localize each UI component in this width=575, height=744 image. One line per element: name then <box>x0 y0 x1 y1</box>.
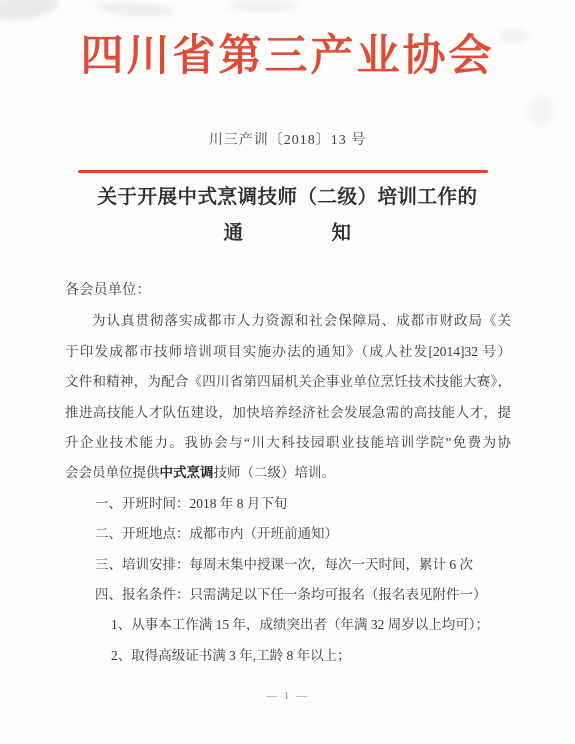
notice-title-line1: 关于开展中式烹调技师（二级）培训工作的 <box>0 181 575 209</box>
doc-number: 川三产训〔2018〕13 号 <box>0 129 575 149</box>
scan-smudge <box>96 0 175 19</box>
sub-list-item-2: 2、取得高级证书满 3 年,工龄 8 年以上； <box>65 641 511 671</box>
bold-course-name: 中式烹调 <box>160 465 214 480</box>
title-char-tong: 通 <box>223 217 243 245</box>
page-number: — 1 — <box>0 690 575 702</box>
list-item-start-time: 一、开班时间：2018 年 8 月下旬 <box>65 489 511 519</box>
paragraph-line: 升企业技术能力。我协会与“川大科技园职业技能培训学院”免费为协 <box>65 428 511 458</box>
paragraph-last-line: 会会员单位提供中式烹调技师（二级）培训。 <box>65 458 511 488</box>
sub-list-item-1: 1、从事本工作满 15 年，成绩突出者（年满 32 周岁以上均可）； <box>65 610 511 640</box>
title-char-zhi: 知 <box>332 217 352 245</box>
scan-smudge <box>528 96 554 126</box>
list-item-schedule: 三、培训安排：每周末集中授课一次，每次一天时间，累计 6 次 <box>65 550 511 580</box>
notice-title: 关于开展中式烹调技师（二级）培训工作的 通 知 <box>0 181 575 245</box>
scan-smudge <box>228 0 298 12</box>
paragraph-line: 文件和精神，为配合《四川省第四届机关企事业单位烹饪技术技能大赛》， <box>65 367 511 397</box>
paragraph-line: 为认真贯彻落实成都市人力资源和社会保障局、成都市财政局《关 <box>65 306 511 336</box>
list-item-requirements: 四、报名条件：只需满足以下任一条均可报名（报名表见附件一） <box>65 580 511 610</box>
notice-title-line2: 通 知 <box>0 217 575 245</box>
notice-body: 各会员单位： 为认真贯彻落实成都市人力资源和社会保障局、成都市财政局《关 于印发… <box>65 276 511 671</box>
paragraph-line: 于印发成都市技师培训项目实施办法的通知》（成人社发[2014]32 号） <box>65 337 511 367</box>
paragraph-line: 推进高技能人才队伍建设，加快培养经济社会发展急需的高技能人才，提 <box>65 398 511 428</box>
red-divider-line <box>78 170 488 173</box>
last-line-post: 技师（二级）培训。 <box>214 465 336 480</box>
org-title: 四川省第三产业协会 <box>0 22 575 83</box>
notice-document-page: 四川省第三产业协会 川三产训〔2018〕13 号 关于开展中式烹调技师（二级）培… <box>0 0 575 744</box>
salutation: 各会员单位： <box>65 276 511 306</box>
list-item-location: 二、开班地点：成都市内（开班前通知） <box>65 519 511 549</box>
last-line-pre: 会会员单位提供 <box>65 465 160 480</box>
